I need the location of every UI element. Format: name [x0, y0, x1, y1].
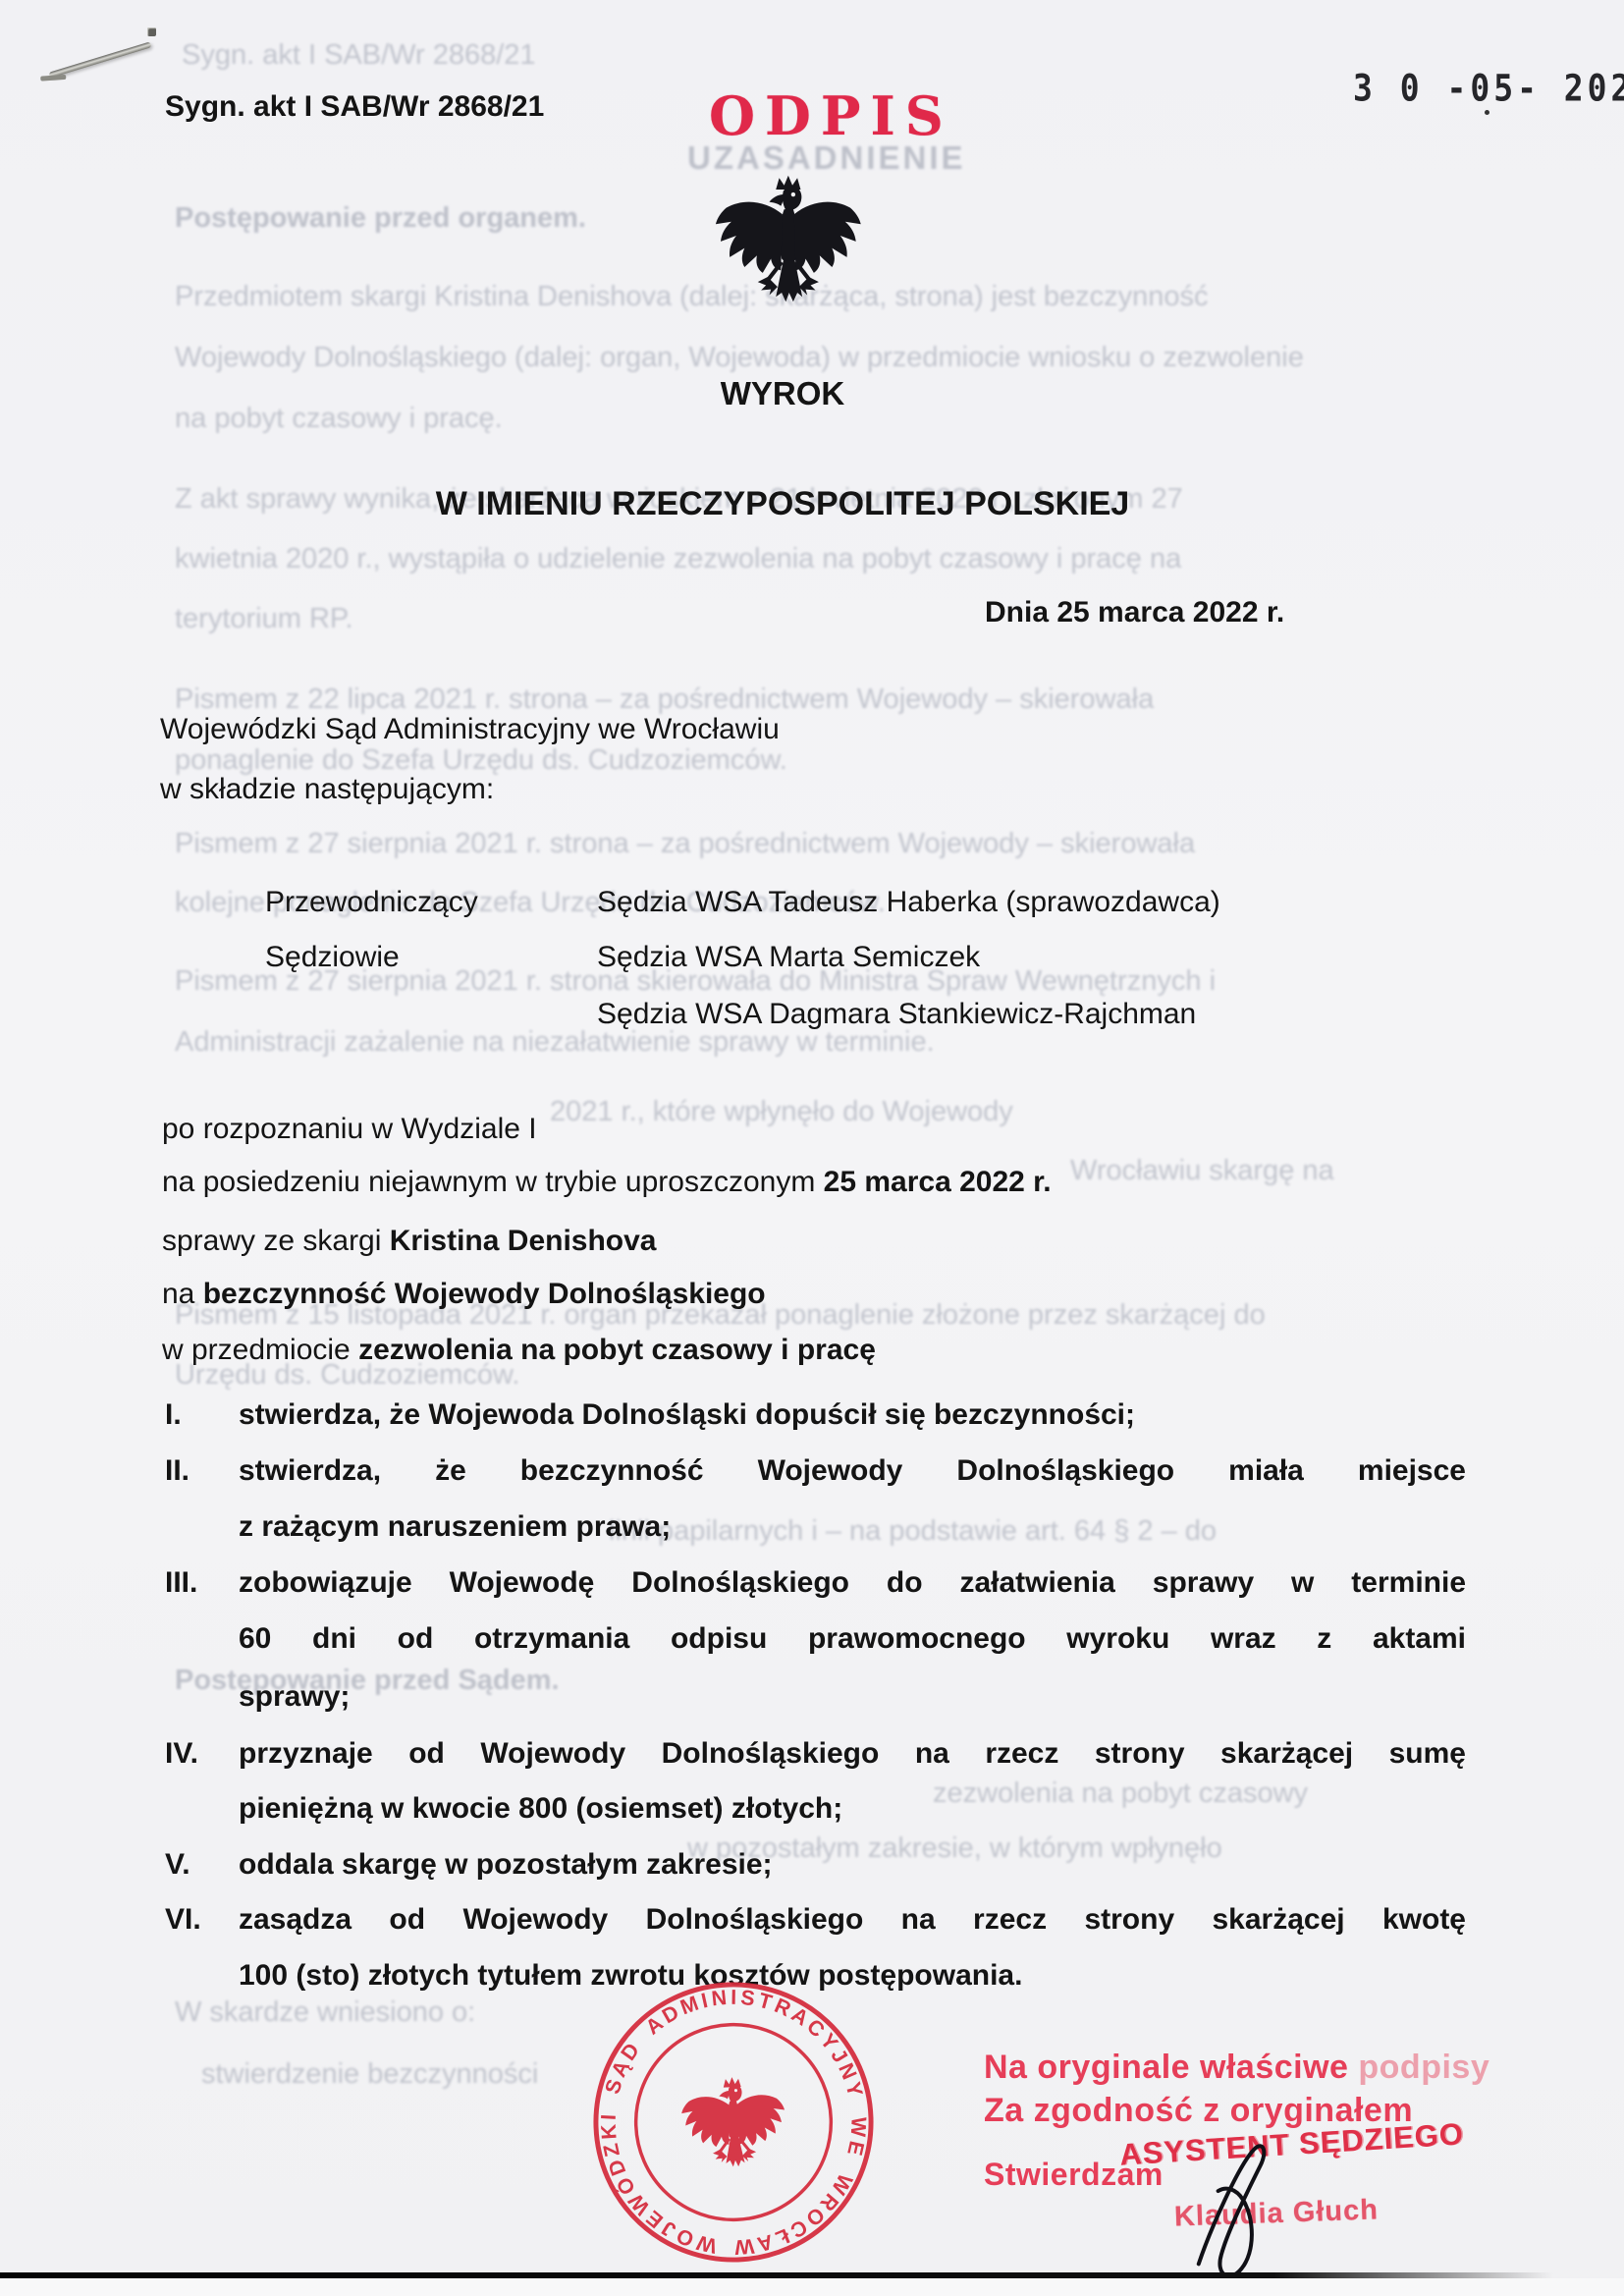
- bleedthrough-layer: Sygn. akt I SAB/Wr 2868/21 UZASADNIENIE …: [0, 0, 1624, 2296]
- ruling-line: 60 dni od otrzymania odpisu prawomocnego…: [239, 1617, 1466, 1661]
- court-name: Wojewódzki Sąd Administracyjny we Wrocła…: [160, 713, 780, 746]
- recital-line: po rozpoznaniu w Wydziale I: [162, 1113, 537, 1146]
- ruling-line: stwierdza, że Wojewoda Dolnośląski dopuś…: [239, 1394, 1466, 1437]
- certification-line-1: Na oryginale właściwe podpisy: [984, 2049, 1489, 2087]
- ruling-number: V.: [165, 1843, 190, 1886]
- ruling-number: II.: [165, 1449, 189, 1493]
- scanned-court-judgment-page: Sygn. akt I SAB/Wr 2868/21 UZASADNIENIE …: [0, 0, 1624, 2296]
- recital-line: sprawy ze skargi Kristina Denishova: [162, 1225, 657, 1258]
- recital-line: w przedmiocie zezwolenia na pobyt czasow…: [162, 1334, 876, 1367]
- ruling-line: zasądza od Wojewody Dolnośląskiego na rz…: [239, 1898, 1466, 1941]
- recital-bold: Kristina Denishova: [390, 1225, 657, 1257]
- ruling-line: stwierdza, że bezczynność Wojewody Dolno…: [239, 1449, 1466, 1493]
- ruling-line: zobowiązuje Wojewodę Dolnośląskiego do z…: [239, 1561, 1466, 1605]
- bleedthrough-line: 2021 r., które wpłynęło do Wojewody: [550, 1096, 1013, 1128]
- recital-plain: na: [162, 1278, 203, 1310]
- recital-plain: po rozpoznaniu w Wydziale I: [162, 1113, 537, 1145]
- recital-line: na posiedzeniu niejawnym w trybie uprosz…: [162, 1166, 1052, 1199]
- ruling-number: I.: [165, 1394, 182, 1437]
- judgment-subtitle: W IMIENIU RZECZYPOSPOLITEJ POLSKIEJ: [0, 485, 1565, 523]
- ruling-line: pieniężną w kwocie 800 (osiemset) złotyc…: [239, 1787, 1466, 1831]
- bleedthrough-line: Wrocławiu skargę na: [1070, 1155, 1334, 1187]
- handwritten-signature: [1180, 2133, 1308, 2291]
- panel-role: Sędziowie: [265, 941, 400, 974]
- bleedthrough-line: stwierdzenie bezczynności: [201, 2058, 538, 2091]
- paperclip: [48, 41, 151, 78]
- case-number: Sygn. akt I SAB/Wr 2868/21: [165, 90, 544, 124]
- composition-intro: w składzie następującym:: [160, 773, 494, 806]
- bleedthrough-line: Pismem z 22 lipca 2021 r. strona – za po…: [175, 683, 1154, 716]
- odpis-copy-stamp: ODPIS: [709, 84, 953, 147]
- recital-bold: zezwolenia na pobyt czasowy i pracę: [358, 1334, 876, 1366]
- ruling-number: IV.: [165, 1732, 198, 1776]
- seal-eagle: [680, 2075, 786, 2168]
- ruling-number: III.: [165, 1561, 197, 1605]
- ruling-line: oddala skargę w pozostałym zakresie;: [239, 1843, 1466, 1886]
- bleedthrough-line: kwietnia 2020 r., wystąpiła o udzielenie…: [175, 543, 1181, 575]
- bleedthrough-line: terytorium RP.: [175, 603, 353, 635]
- panel-judge: Sędzia WSA Tadeusz Haberka (sprawozdawca…: [597, 886, 1220, 919]
- bleedthrough-line: Przedmiotem skargi Kristina Denishova (d…: [175, 281, 1208, 313]
- judgment-date: Dnia 25 marca 2022 r.: [985, 596, 1284, 629]
- recital-bold: 25 marca 2022 r.: [824, 1166, 1052, 1198]
- recital-plain: w przedmiocie: [162, 1334, 358, 1366]
- certification-line-1-main: Na oryginale właściwe: [984, 2049, 1358, 2086]
- polish-eagle-emblem: [705, 163, 870, 340]
- stamp-dot: [1485, 110, 1489, 115]
- bleedthrough-line: Wojewody Dolnośląskiego (dalej: organ, W…: [175, 342, 1304, 374]
- judgment-title: WYROK: [0, 375, 1565, 412]
- scan-below-edge: [0, 2278, 1624, 2296]
- bleedthrough-line: W skardze wniesiono o:: [175, 1996, 475, 2029]
- bleedthrough-line: Postępowanie przed organem.: [175, 202, 586, 235]
- ruling-line: z rażącym naruszeniem prawa;: [239, 1505, 1466, 1549]
- recital-plain: na posiedzeniu niejawnym w trybie uprosz…: [162, 1166, 824, 1198]
- recital-line: na bezczynność Wojewody Dolnośląskiego: [162, 1278, 766, 1311]
- ruling-line: sprawy;: [239, 1675, 1466, 1719]
- ruling-number: VI.: [165, 1898, 201, 1941]
- panel-judge: Sędzia WSA Marta Semiczek: [597, 941, 980, 974]
- bleedthrough-line: Sygn. akt I SAB/Wr 2868/21: [182, 39, 536, 72]
- ruling-line: przyznaje od Wojewody Dolnośląskiego na …: [239, 1732, 1466, 1776]
- bleedthrough-line: Pismem z 27 sierpnia 2021 r. strona – za…: [175, 828, 1195, 860]
- panel-judge: Sędzia WSA Dagmara Stankiewicz-Rajchman: [597, 998, 1196, 1031]
- scan-speck: [147, 27, 156, 36]
- panel-role: Przewodniczący: [265, 886, 478, 919]
- certification-line-1-faded: podpisy: [1358, 2049, 1489, 2086]
- received-date-stamp: 3 0 -05- 2022: [1353, 67, 1624, 110]
- recital-plain: sprawy ze skargi: [162, 1225, 390, 1257]
- recital-bold: bezczynność Wojewody Dolnośląskiego: [203, 1278, 766, 1310]
- court-seal: WOJEWÓDZKI SĄD ADMINISTRACYJNY WE WROCŁA…: [582, 1971, 885, 2273]
